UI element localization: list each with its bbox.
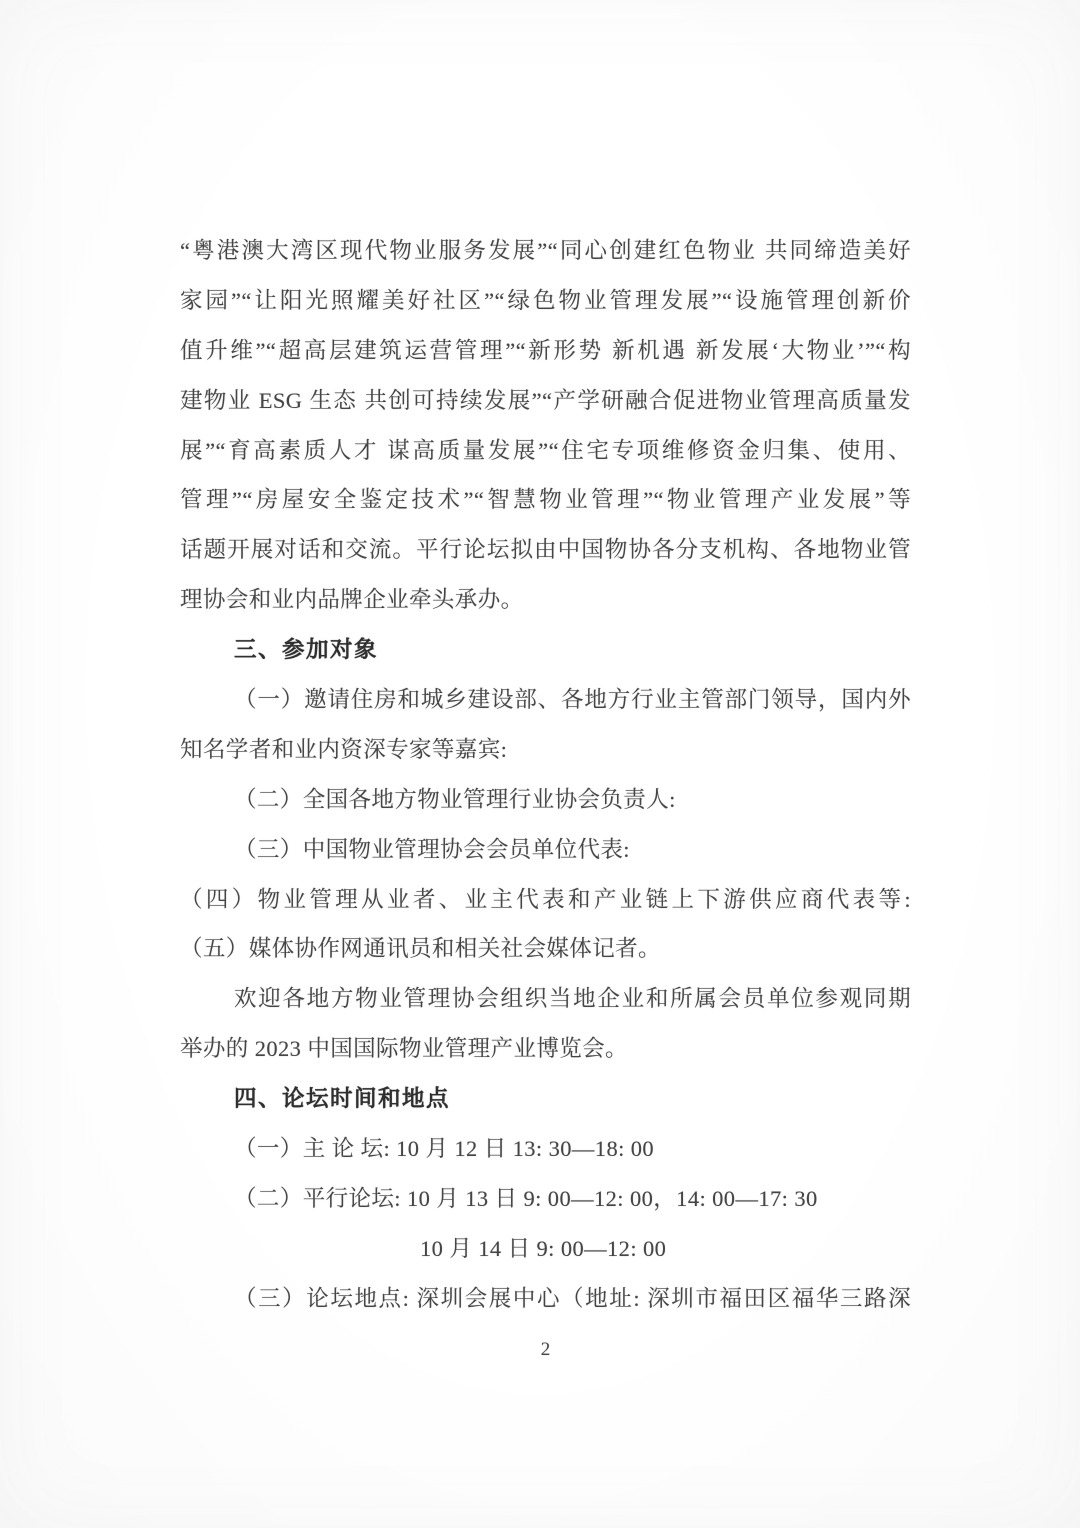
- doc-line: 举办的 2023 中国国际物业管理产业博览会。: [180, 1024, 911, 1074]
- list-item-4: （四）物业管理从业者、业主代表和产业链上下游供应商代表等:: [180, 875, 911, 925]
- list-item-1: （一）邀请住房和城乡建设部、各地方行业主管部门领导，国内外: [180, 675, 911, 725]
- section-heading-participants: 三、参加对象: [180, 625, 911, 675]
- doc-line: 值升维”“超高层建筑运营管理”“新形势 新机遇 新发展‘大物业’”“构: [180, 326, 911, 376]
- doc-line: 管理”“房屋安全鉴定技术”“智慧物业管理”“物业管理产业发展”等: [180, 475, 911, 525]
- parallel-forum-time-line: （二）平行论坛: 10 月 13 日 9: 00—12: 00，14: 00—1…: [180, 1174, 911, 1224]
- doc-line: 话题开展对话和交流。平行论坛拟由中国物协各分支机构、各地物业管: [180, 525, 911, 575]
- doc-line: 展”“育高素质人才 谋高质量发展”“住宅专项维修资金归集、使用、: [180, 426, 911, 476]
- doc-line: 家园”“让阳光照耀美好社区”“绿色物业管理发展”“设施管理创新价: [180, 276, 911, 326]
- doc-line: 建物业 ESG 生态 共创可持续发展”“产学研融合促进物业管理高质量发: [180, 376, 911, 426]
- doc-line: “粤港澳大湾区现代物业服务发展”“同心创建红色物业 共同缔造美好: [180, 226, 911, 276]
- list-item-3: （三）中国物业管理协会会员单位代表:: [180, 825, 911, 875]
- doc-line: 欢迎各地方物业管理协会组织当地企业和所属会员单位参观同期: [180, 974, 911, 1024]
- list-item-5: （五）媒体协作网通讯员和相关社会媒体记者。: [180, 924, 911, 974]
- parallel-forum-time-line-2: 10 月 14 日 9: 00—12: 00: [180, 1224, 911, 1274]
- doc-line: 理协会和业内品牌企业牵头承办。: [180, 575, 911, 625]
- document-body: “粤港澳大湾区现代物业服务发展”“同心创建红色物业 共同缔造美好 家园”“让阳光…: [180, 226, 911, 1324]
- main-forum-time-line: （一）主 论 坛: 10 月 12 日 13: 30—18: 00: [180, 1124, 911, 1174]
- list-item-1-continued: 知名学者和业内资深专家等嘉宾:: [180, 725, 911, 775]
- section-heading-time-place: 四、论坛时间和地点: [180, 1074, 911, 1124]
- list-item-2: （二）全国各地方物业管理行业协会负责人:: [180, 775, 911, 825]
- page-number: 2: [180, 1330, 911, 1370]
- scanned-document-page: { "document": { "page_number": "2", "lin…: [0, 0, 1080, 1528]
- forum-location-line: （三）论坛地点: 深圳会展中心（地址: 深圳市福田区福华三路深: [180, 1274, 911, 1324]
